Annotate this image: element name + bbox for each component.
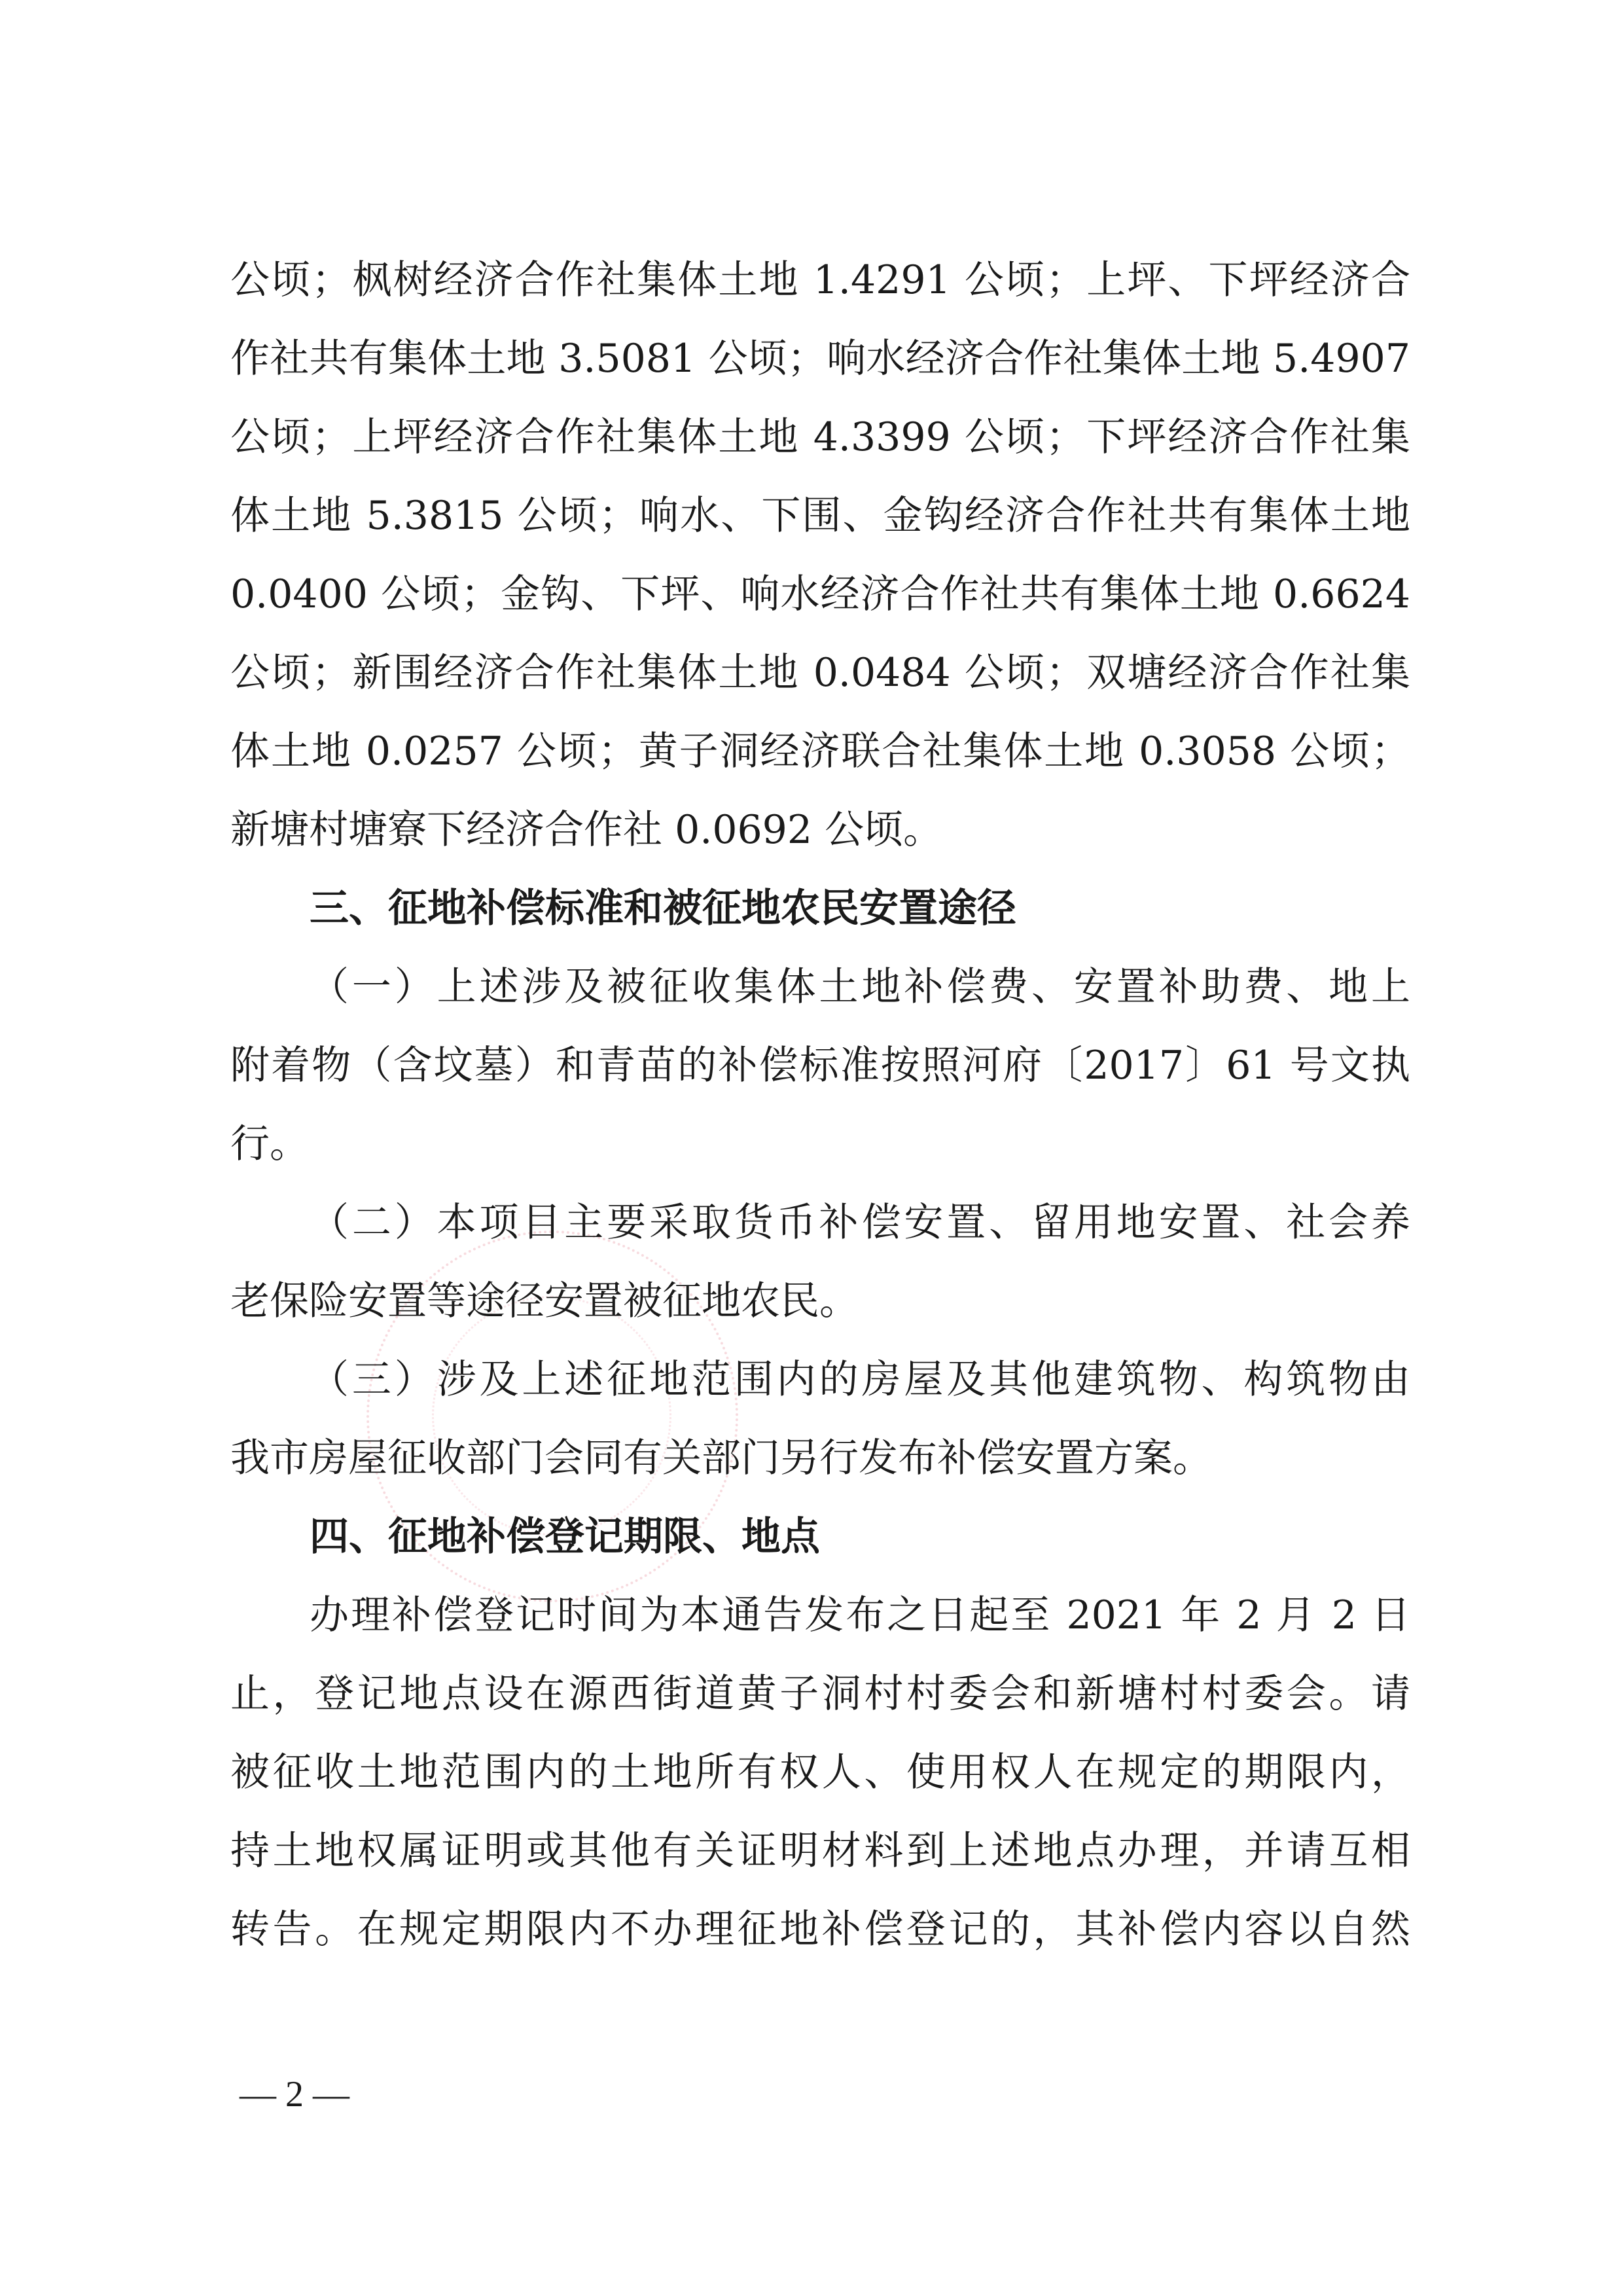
section-heading-three: 三、征地补偿标准和被征地农民安置途径 bbox=[310, 869, 1410, 948]
body-line-land-area-1: 公顷；枫树经济合作社集体土地 1.4291 公顷；上坪、下坪经济合 bbox=[230, 241, 1410, 319]
item-three-line-2: 我市房屋征收部门会同有关部门另行发布补偿安置方案。 bbox=[230, 1419, 1410, 1498]
item-two-line-2: 老保险安置等途径安置被征地农民。 bbox=[230, 1262, 1410, 1340]
item-two-line-1: （二）本项目主要采取货币补偿安置、留用地安置、社会养 bbox=[310, 1183, 1410, 1262]
item-one-line-3: 行。 bbox=[230, 1105, 1410, 1183]
item-three-line-1: （三）涉及上述征地范围内的房屋及其他建筑物、构筑物由 bbox=[310, 1340, 1410, 1419]
section-heading-four: 四、征地补偿登记期限、地点 bbox=[310, 1498, 1410, 1576]
item-one-line-1: （一）上述涉及被征收集体土地补偿费、安置补助费、地上 bbox=[310, 948, 1410, 1026]
body-line-land-area-5: 0.0400 公顷；金钩、下坪、响水经济合作社共有集体土地 0.6624 bbox=[230, 555, 1410, 634]
body-line-land-area-7: 体土地 0.0257 公顷；黄子洞经济联合社集体土地 0.3058 公顷； bbox=[230, 712, 1410, 791]
registration-line-2: 止，登记地点设在源西街道黄子洞村村委会和新塘村村委会。请 bbox=[230, 1655, 1410, 1733]
item-one-line-2: 附着物（含坟墓）和青苗的补偿标准按照河府〔2017〕61 号文执 bbox=[230, 1026, 1410, 1105]
body-line-land-area-8: 新塘村塘寮下经济合作社 0.0692 公顷。 bbox=[230, 791, 1410, 869]
body-line-land-area-2: 作社共有集体土地 3.5081 公顷；响水经济合作社集体土地 5.4907 bbox=[230, 319, 1410, 398]
document-page: 公顷；枫树经济合作社集体土地 1.4291 公顷；上坪、下坪经济合 作社共有集体… bbox=[0, 0, 1623, 2296]
registration-line-3: 被征收土地范围内的土地所有权人、使用权人在规定的期限内， bbox=[230, 1733, 1410, 1812]
body-line-land-area-3: 公顷；上坪经济合作社集体土地 4.3399 公顷；下坪经济合作社集 bbox=[230, 398, 1410, 476]
page-number: — 2 — bbox=[216, 2068, 373, 2121]
registration-line-4: 持土地权属证明或其他有关证明材料到上述地点办理，并请互相 bbox=[230, 1812, 1410, 1890]
body-line-land-area-6: 公顷；新围经济合作社集体土地 0.0484 公顷；双塘经济合作社集 bbox=[230, 634, 1410, 712]
registration-line-1: 办理补偿登记时间为本通告发布之日起至 2021 年 2 月 2 日 bbox=[310, 1576, 1410, 1655]
registration-line-5: 转告。在规定期限内不办理征地补偿登记的，其补偿内容以自然 bbox=[230, 1890, 1410, 1969]
body-line-land-area-4: 体土地 5.3815 公顷；响水、下围、金钩经济合作社共有集体土地 bbox=[230, 476, 1410, 555]
